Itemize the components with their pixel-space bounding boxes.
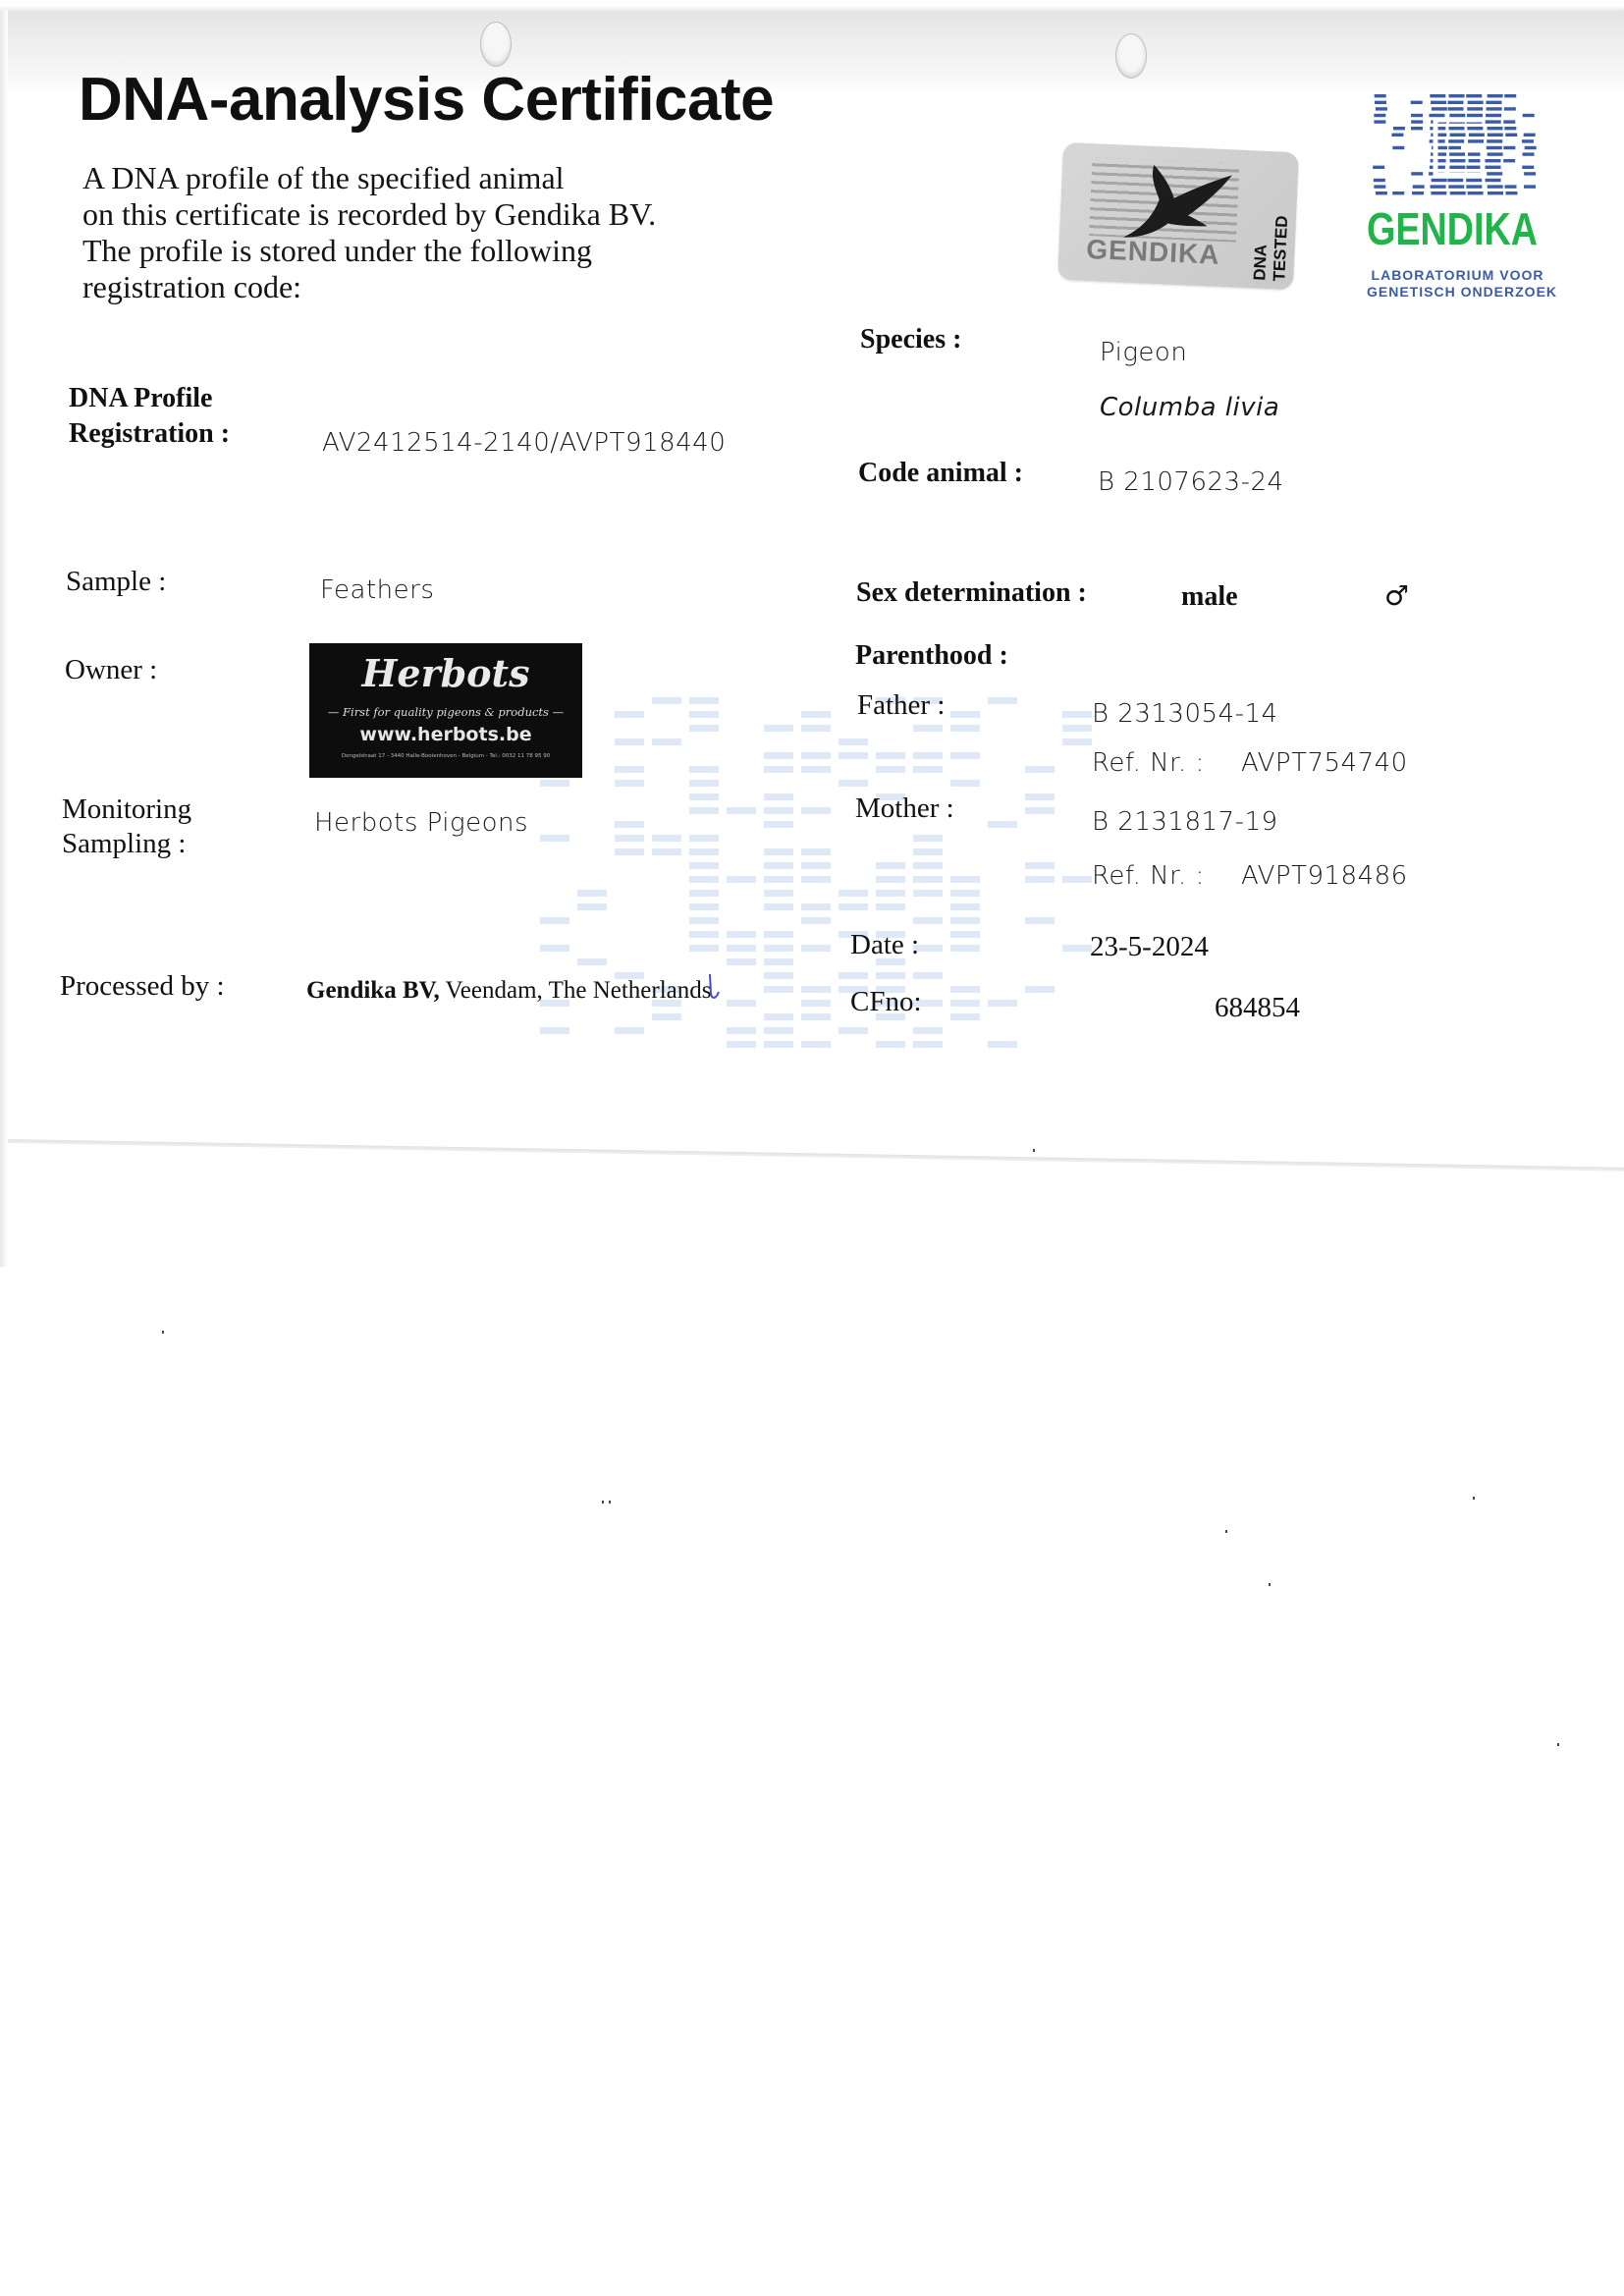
certificate-page: DNA-analysis Certificate A DNA profile o… (0, 0, 1624, 2296)
sex-value: male (1181, 581, 1238, 613)
processed-by-label: Processed by : (60, 970, 225, 1003)
mother-ref-value: AVPT918486 (1241, 861, 1408, 891)
registration-value: AV2412514-2140/AVPT918440 (322, 428, 726, 458)
logo-subtitle: LABORATORIUM VOOR GENETISCH ONDERZOEK (1367, 267, 1548, 301)
processed-by-location: Veendam, The Netherlands (440, 977, 712, 1004)
mother-label: Mother : (855, 793, 954, 825)
punch-hole-left (480, 22, 512, 67)
mother-code-value: B 2131817-19 (1092, 807, 1278, 837)
cfno-value: 684854 (1215, 992, 1300, 1024)
owner-card-url: www.herbots.be (309, 724, 582, 745)
father-ref-label: Ref. Nr. : (1092, 748, 1205, 778)
parenthood-label: Parenthood : (855, 640, 1008, 672)
owner-business-card: Herbots — First for quality pigeons & pr… (309, 643, 582, 778)
dna-watermark (520, 687, 1129, 1061)
intro-line: on this certificate is recorded by Gendi… (82, 196, 789, 233)
gendika-logo-icon (1367, 90, 1543, 200)
father-label: Father : (857, 689, 945, 722)
registration-label-line1: DNA Profile (69, 383, 212, 414)
monitoring-label-line2: Sampling : (62, 828, 186, 860)
intro-line: registration code: (82, 269, 789, 305)
scan-speck (1225, 1530, 1227, 1533)
owner-card-tagline: — First for quality pigeons & products — (309, 705, 582, 719)
owner-label: Owner : (65, 654, 157, 686)
father-ref-value: AVPT754740 (1241, 748, 1408, 778)
paper-fold-line (8, 1139, 1624, 1172)
dna-tested-sticker: GENDIKA DNA TESTED (1057, 142, 1299, 290)
registration-label-line2: Registration : (69, 418, 230, 450)
code-animal-value: B 2107623-24 (1098, 467, 1284, 497)
scan-speck (162, 1331, 164, 1334)
logo-name: GENDIKA (1367, 202, 1538, 255)
scan-speck (1557, 1743, 1559, 1746)
processed-by-value: Gendika BV, Veendam, The Netherlands (306, 977, 712, 1005)
scan-left-edge (0, 10, 8, 1267)
scan-speck (609, 1501, 611, 1503)
sample-label: Sample : (66, 566, 166, 598)
logo-subtitle-line: GENETISCH ONDERZOEK (1367, 284, 1548, 301)
sex-label: Sex determination : (856, 577, 1087, 609)
owner-card-address: Dongelstraat 17 - 3440 Halle-Booienhoven… (309, 753, 582, 759)
mother-ref-label: Ref. Nr. : (1092, 861, 1205, 891)
species-label: Species : (860, 324, 961, 355)
signature-mark (707, 972, 723, 1002)
species-latin-value: Columba livia (1100, 393, 1279, 422)
scan-speck (602, 1501, 604, 1503)
scan-speck (1269, 1583, 1271, 1586)
sample-value: Feathers (320, 575, 434, 605)
date-value: 23-5-2024 (1090, 931, 1209, 963)
cfno-label: CFno: (850, 986, 922, 1018)
code-animal-label: Code animal : (858, 458, 1023, 489)
sticker-brand: GENDIKA (1086, 234, 1220, 271)
logo-subtitle-line: LABORATORIUM VOOR (1367, 267, 1548, 284)
father-code-value: B 2313054-14 (1092, 699, 1278, 729)
monitoring-label-line1: Monitoring (62, 793, 191, 826)
intro-line: A DNA profile of the specified animal (82, 160, 789, 196)
sticker-tag: DNA TESTED (1250, 214, 1292, 282)
intro-line: The profile is stored under the followin… (82, 233, 789, 269)
owner-card-name: Herbots (309, 651, 582, 695)
monitoring-value: Herbots Pigeons (314, 808, 528, 838)
species-common-value: Pigeon (1100, 338, 1187, 367)
scan-speck (1473, 1497, 1475, 1500)
scan-speck (1033, 1149, 1035, 1152)
processed-by-company: Gendika BV, (306, 977, 440, 1004)
intro-paragraph: A DNA profile of the specified animal on… (82, 160, 789, 305)
page-title: DNA-analysis Certificate (79, 65, 774, 135)
male-symbol-icon: ♂ (1384, 579, 1409, 612)
date-label: Date : (850, 929, 919, 961)
punch-hole-right (1115, 33, 1147, 79)
